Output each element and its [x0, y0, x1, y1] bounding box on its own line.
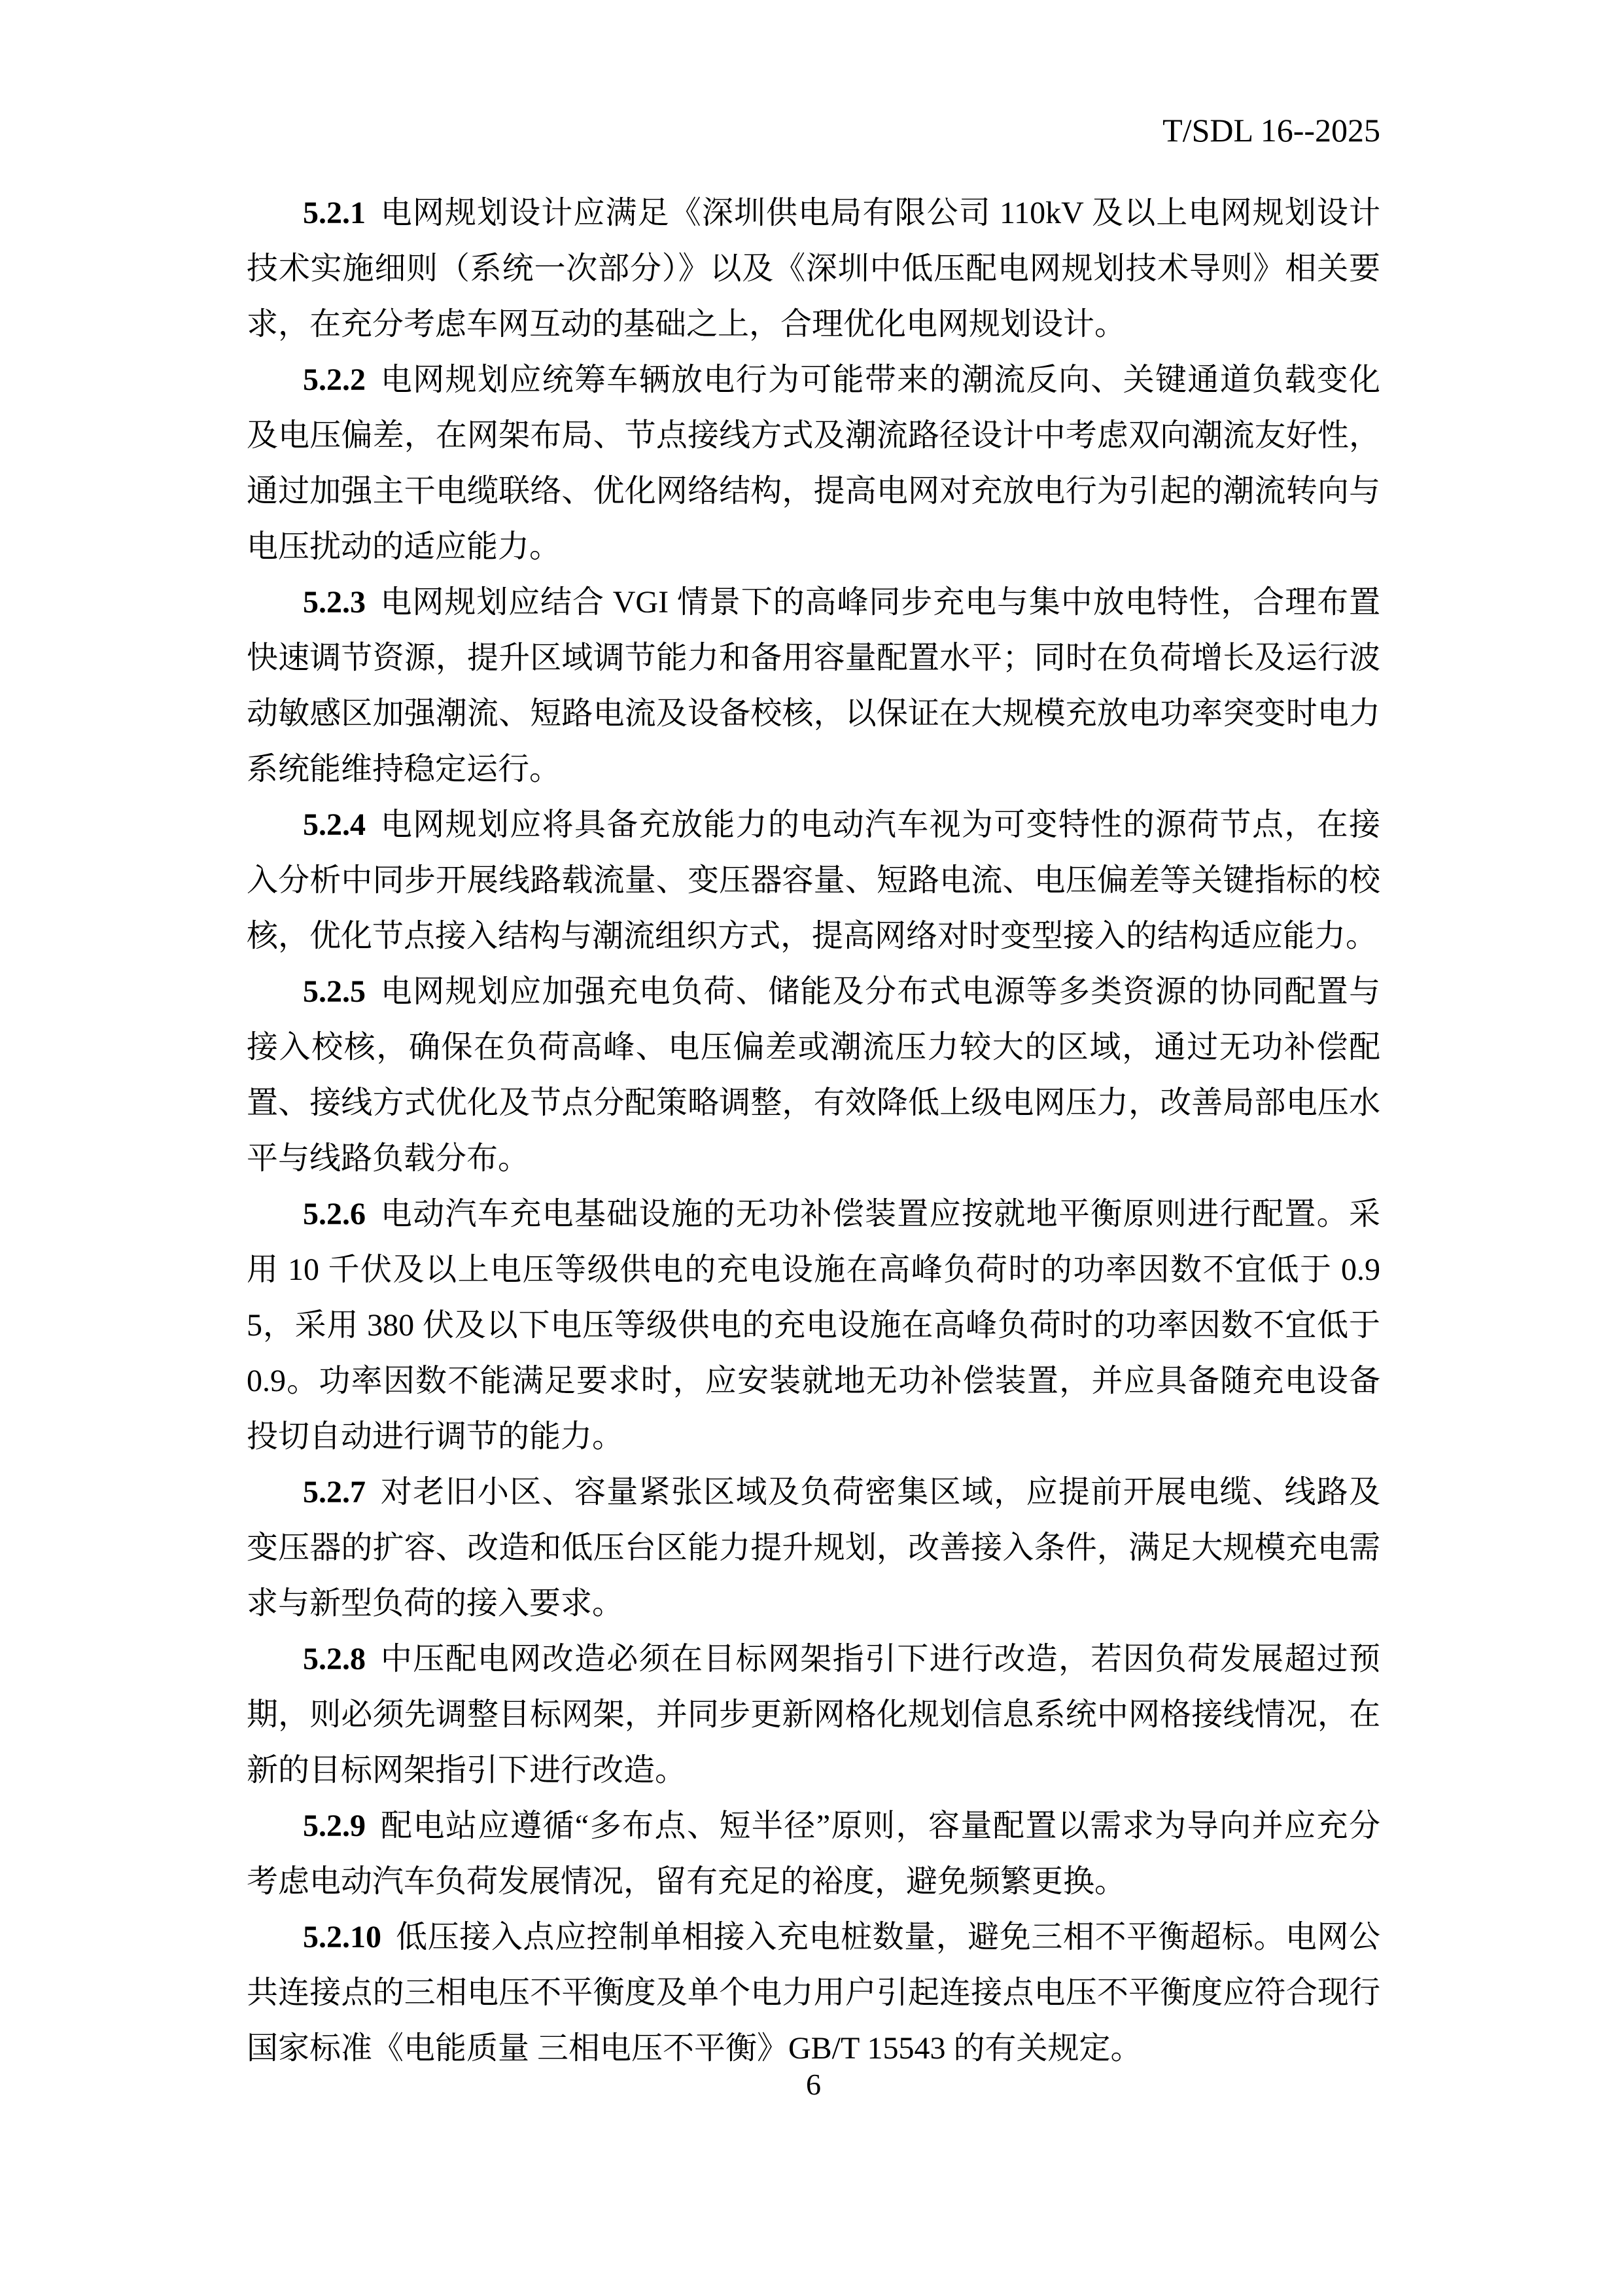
document-body: 5.2.1电网规划设计应满足《深圳供电局有限公司 110kV 及以上电网规划设计… — [247, 185, 1380, 2076]
page-number: 6 — [247, 2068, 1380, 2102]
clause-number: 5.2.2 — [303, 362, 366, 397]
clause-text: 电网规划设计应满足《深圳供电局有限公司 110kV 及以上电网规划设计技术实施细… — [247, 196, 1380, 342]
clause-text: 电动汽车充电基础设施的无功补偿装置应按就地平衡原则进行配置。采用 10 千伏及以… — [247, 1197, 1380, 1454]
clause-5-2-1: 5.2.1电网规划设计应满足《深圳供电局有限公司 110kV 及以上电网规划设计… — [247, 185, 1380, 352]
clause-number: 5.2.10 — [303, 1920, 381, 1954]
clause-5-2-10: 5.2.10低压接入点应控制单相接入充电桩数量，避免三相不平衡超标。电网公共连接… — [247, 1909, 1380, 2076]
clause-5-2-4: 5.2.4电网规划应将具备充放能力的电动汽车视为可变特性的源荷节点，在接入分析中… — [247, 797, 1380, 964]
clause-text: 电网规划应结合 VGI 情景下的高峰同步充电与集中放电特性，合理布置快速调节资源… — [247, 585, 1380, 786]
clause-number: 5.2.3 — [303, 585, 366, 620]
clause-text: 电网规划应统筹车辆放电行为可能带来的潮流反向、关键通道负载变化及电压偏差，在网架… — [247, 362, 1380, 564]
clause-text: 电网规划应加强充电负荷、储能及分布式电源等多类资源的协同配置与接入校核，确保在负… — [247, 974, 1380, 1176]
clause-5-2-7: 5.2.7对老旧小区、容量紧张区域及负荷密集区域，应提前开展电缆、线路及变压器的… — [247, 1464, 1380, 1631]
clause-text: 配电站应遵循“多布点、短半径”原则，容量配置以需求为导向并应充分考虑电动汽车负荷… — [247, 1809, 1380, 1899]
clause-number: 5.2.5 — [303, 974, 366, 1009]
clause-5-2-2: 5.2.2电网规划应统筹车辆放电行为可能带来的潮流反向、关键通道负载变化及电压偏… — [247, 352, 1380, 574]
clause-number: 5.2.6 — [303, 1197, 366, 1231]
clause-5-2-8: 5.2.8中压配电网改造必须在目标网架指引下进行改造，若因负荷发展超过预期，则必… — [247, 1631, 1380, 1798]
clause-5-2-3: 5.2.3电网规划应结合 VGI 情景下的高峰同步充电与集中放电特性，合理布置快… — [247, 574, 1380, 797]
running-header: T/SDL 16--2025 — [247, 111, 1380, 149]
clause-number: 5.2.8 — [303, 1642, 366, 1676]
clause-number: 5.2.1 — [303, 196, 366, 230]
clause-5-2-5: 5.2.5电网规划应加强充电负荷、储能及分布式电源等多类资源的协同配置与接入校核… — [247, 964, 1380, 1186]
clause-number: 5.2.7 — [303, 1475, 366, 1510]
clause-number: 5.2.4 — [303, 807, 366, 842]
clause-text: 低压接入点应控制单相接入充电桩数量，避免三相不平衡超标。电网公共连接点的三相电压… — [247, 1920, 1380, 2066]
clause-5-2-6: 5.2.6电动汽车充电基础设施的无功补偿装置应按就地平衡原则进行配置。采用 10… — [247, 1186, 1380, 1464]
clause-text: 电网规划应将具备充放能力的电动汽车视为可变特性的源荷节点，在接入分析中同步开展线… — [247, 807, 1380, 953]
clause-text: 中压配电网改造必须在目标网架指引下进行改造，若因负荷发展超过预期，则必须先调整目… — [247, 1642, 1380, 1788]
clause-text: 对老旧小区、容量紧张区域及负荷密集区域，应提前开展电缆、线路及变压器的扩容、改造… — [247, 1475, 1380, 1621]
clause-number: 5.2.9 — [303, 1809, 366, 1843]
clause-5-2-9: 5.2.9配电站应遵循“多布点、短半径”原则，容量配置以需求为导向并应充分考虑电… — [247, 1798, 1380, 1909]
document-page: T/SDL 16--2025 5.2.1电网规划设计应满足《深圳供电局有限公司 … — [0, 0, 1623, 2296]
